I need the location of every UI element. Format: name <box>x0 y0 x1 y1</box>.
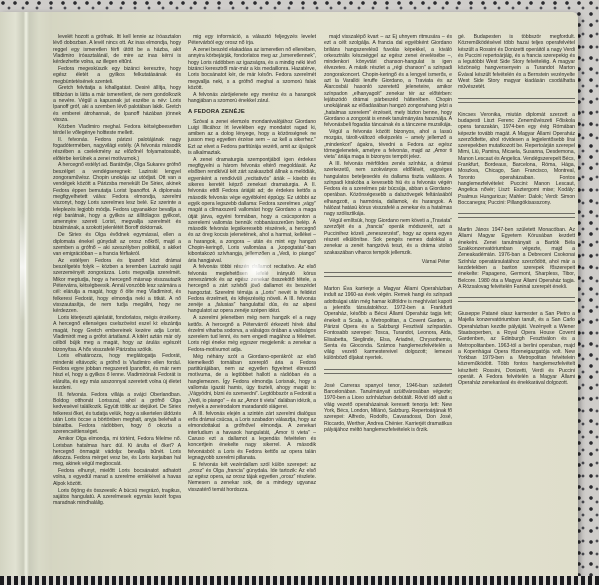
paragraph: Az estélyen Fedora és Ipanoff közt dráma… <box>53 258 181 315</box>
text-column-1: levelét hozott a grófnak. Itt kell lenni… <box>53 34 181 570</box>
paragraph: Loris kiterjeszti ajánlatát, fondorlatos… <box>53 315 181 353</box>
paragraph: Közben Vladimiro meghal. Fedora kétségbe… <box>53 124 181 137</box>
paragraph: Még néhány szót a Giordano-operákról: az… <box>188 354 316 411</box>
paragraph: Végül a felvonás között bizonyos, ahol a… <box>324 129 452 160</box>
bio-text: Kincses Veronika, miután diplomát szerze… <box>458 112 575 206</box>
booklet-spine-fold <box>0 12 52 585</box>
camera-flash-glare <box>238 252 272 286</box>
double-rule-divider <box>458 98 575 103</box>
paragraph: A III. felvonás mérföldes zenés színház,… <box>324 161 452 218</box>
paragraph: E felvonás két vezérdallam szól külön sz… <box>188 462 316 493</box>
singer-bio-kincses: Kincses Veronika, miután diplomát szerze… <box>458 112 575 206</box>
paragraph: II. felvonás. Fedora párizsi palotájának… <box>53 137 181 162</box>
paragraph: Loris elhatározza, hogy meglátogatja Fed… <box>53 353 181 391</box>
bio-text: Marton Éva karrierje a Magyar Állami Ope… <box>324 286 452 362</box>
paragraph: Amikor Olga elmondja, mi történt, Fedora… <box>53 436 181 467</box>
bio-text: José Carreras spanyol tenor, 1946-ban sz… <box>324 383 452 433</box>
paragraph: mig egy információ, a választó feljegyzé… <box>188 34 316 47</box>
paragraph: Végül említsük, hogy Giordano nem követi… <box>324 218 452 256</box>
singer-bio-marton: Marton Éva karrierje a Magyar Állami Ope… <box>324 286 452 362</box>
paragraph: De Siriex és Olga évődnek egymással, ell… <box>53 232 181 257</box>
bio-text: Martin János 1947-ben született Monacóba… <box>458 227 575 290</box>
section-heading: A FEDORA ZENÉJE <box>188 109 316 115</box>
singer-bio-carreras: José Carreras spanyol tenor, 1946-ban sz… <box>324 383 452 433</box>
paragraph: A zenei dramaturgia szempontjából igen é… <box>188 157 316 264</box>
singer-bio-martin: Martin János 1947-ben született Monacóba… <box>458 227 575 290</box>
spine-glare <box>20 212 26 322</box>
text-column-2: mig egy információ, a választó feljegyzé… <box>188 34 316 570</box>
bio-text: Giuseppe Patané olasz karmester a San Pi… <box>458 311 575 387</box>
paragraph: A III. felvonás elején a szintén zárt sz… <box>188 411 316 461</box>
author-signature: Várnai Péter <box>324 259 450 265</box>
paragraph: levelét hozott a grófnak. Itt kell lenni… <box>53 34 181 65</box>
paragraph: Fedora megesküszik egy bizánci keresztre… <box>53 66 181 85</box>
paragraph: A zenei beszéd elakadása az ismeretlen n… <box>188 47 316 91</box>
double-rule-divider <box>324 369 452 374</box>
lace-bottom-edge <box>0 576 599 585</box>
conductor-bio-patane: Giuseppe Patané olasz karmester a San Pi… <box>458 311 575 387</box>
paragraph: Loris őrjöng és összeesik: A búcsú megrá… <box>53 488 181 507</box>
paragraph: gé. Budapesten is többször megfordult. K… <box>458 34 575 91</box>
paragraph: A hercegnő estélyt ad. Barátnője, Olga S… <box>53 162 181 231</box>
paragraph: III. felvonás. Fedora villája a svájci O… <box>53 392 181 436</box>
paragraph: Gretch felvitatja a kihallgatást. Desiré… <box>53 85 181 123</box>
double-rule-divider <box>458 297 575 302</box>
paragraph: A szerelmi jelenetben még nem hangzik el… <box>188 315 316 353</box>
paragraph: Szóval a zenei elemzés mondanivalójához … <box>188 119 316 157</box>
double-rule-divider <box>458 213 575 218</box>
paragraph: majd visszalépő kvart – az Ej uhnyem rit… <box>324 34 452 128</box>
text-column-4: gé. Budapesten is többször megfordult. K… <box>458 34 575 570</box>
paragraph: Fedora elhunyt, mielőtt Loris bocsánatot… <box>53 468 181 487</box>
double-rule-divider <box>324 272 452 277</box>
text-column-3: majd visszalépő kvart – az Ej uhnyem rit… <box>324 34 452 570</box>
paragraph: A felvonás zárójelenete egy merész és a … <box>188 92 316 105</box>
